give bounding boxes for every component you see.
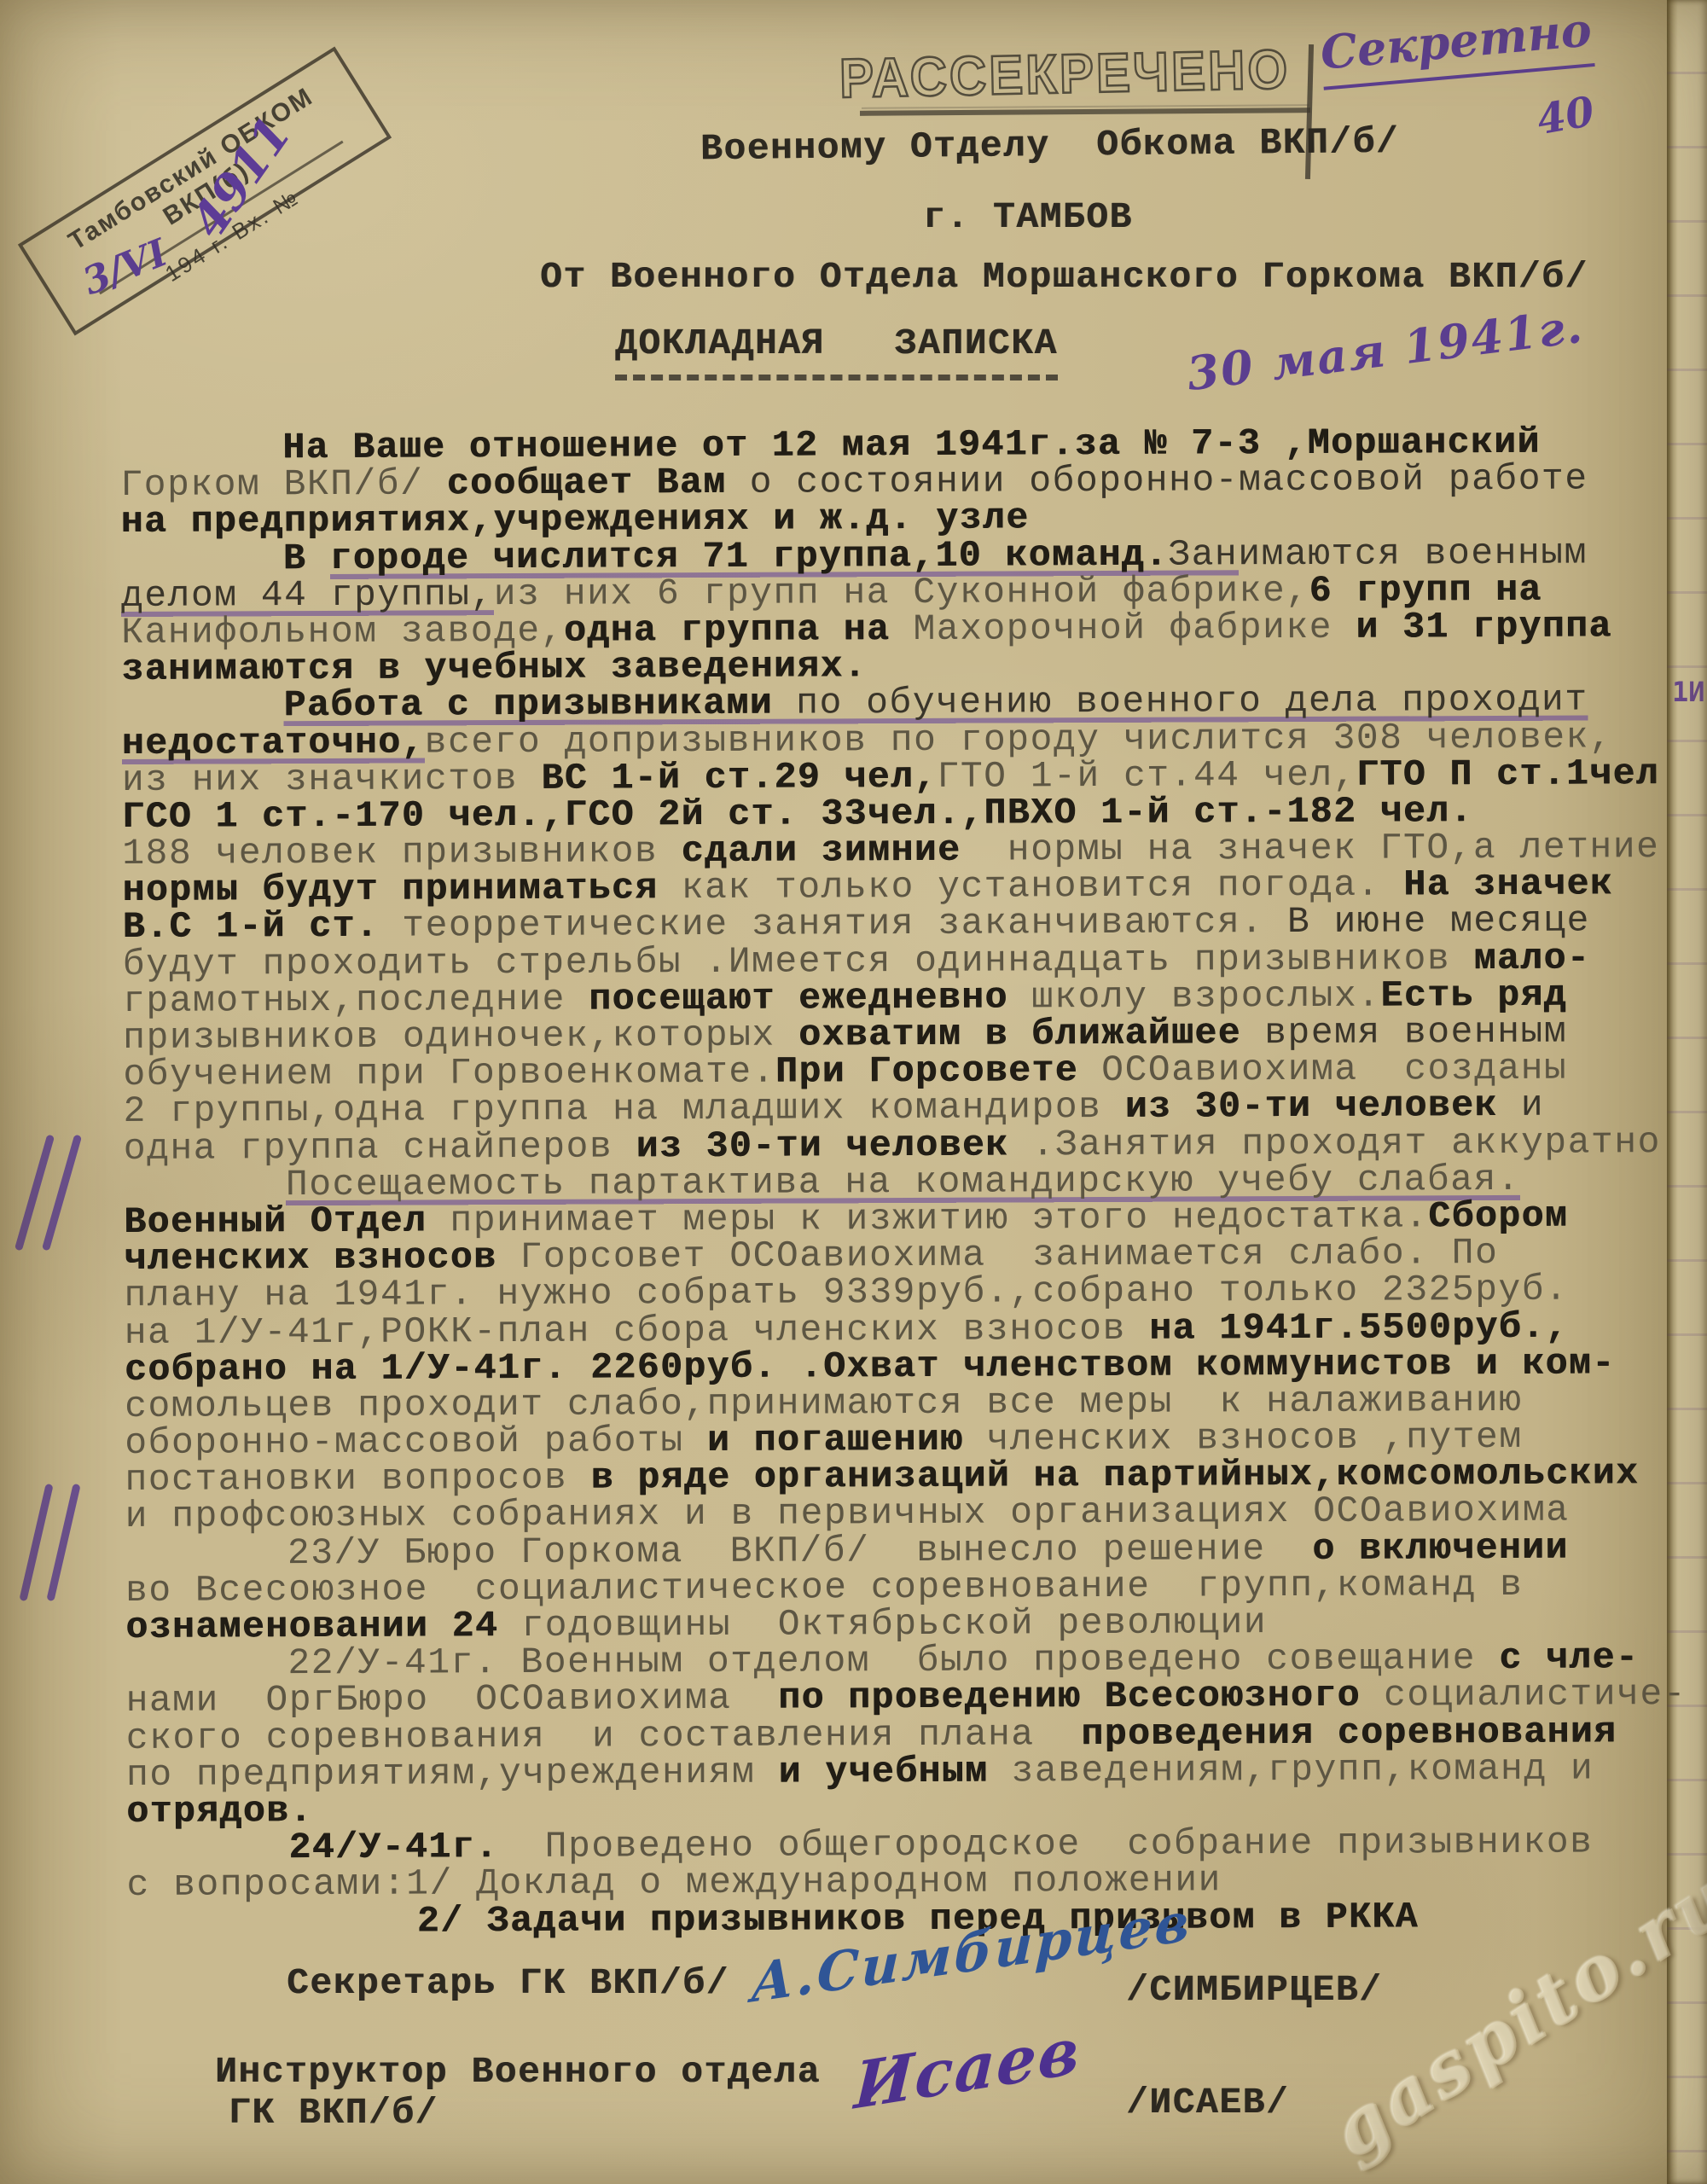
addressee-line: Военному Отделу Обкома ВКП/б/: [700, 121, 1400, 171]
addressee-city: г. ТАМБОВ: [923, 196, 1133, 238]
document-title: ДОКЛАДНАЯ ЗАПИСКА: [615, 322, 1058, 380]
typed-line: по предприятиям,учреждениям и учебным за…: [126, 1750, 1696, 1793]
typed-line: Канифольном заводе,одна группа на Махоро…: [121, 607, 1691, 651]
handwritten-secret-label: Секретно: [1318, 2, 1594, 90]
instructor-signature: Исаев: [852, 2013, 1083, 2124]
sender-line: От Военного Отдела Моршанского Горкома В…: [540, 256, 1588, 298]
stamp-underline: [860, 107, 1310, 116]
instructor-title-line2: ГК ВКП/б/: [229, 2092, 438, 2134]
instructor-title-line1: Инструктор Военного отдела: [215, 2051, 821, 2093]
declassified-stamp: РАССЕКРЕЧЕНО: [839, 38, 1291, 111]
document-page: 1И Тамбовский ОБКОМ ВКП(б) 194 г. Вх. № …: [0, 0, 1707, 2184]
secretary-name: /СИМБИРЦЕВ/: [1126, 1969, 1382, 2011]
handwritten-page-number: 40: [1534, 88, 1599, 145]
secretary-title: Секретарь ГК ВКП/б/: [287, 1962, 729, 2004]
typed-body: На Ваше отношение от 12 мая 1941г.за № 7…: [120, 423, 1697, 1941]
margin-mark: [17, 1133, 89, 1263]
instructor-name: /ИСАЕВ/: [1126, 2082, 1289, 2123]
margin-mark: [19, 1483, 90, 1612]
handwritten-date: 30 мая 1941г.: [1184, 299, 1587, 402]
